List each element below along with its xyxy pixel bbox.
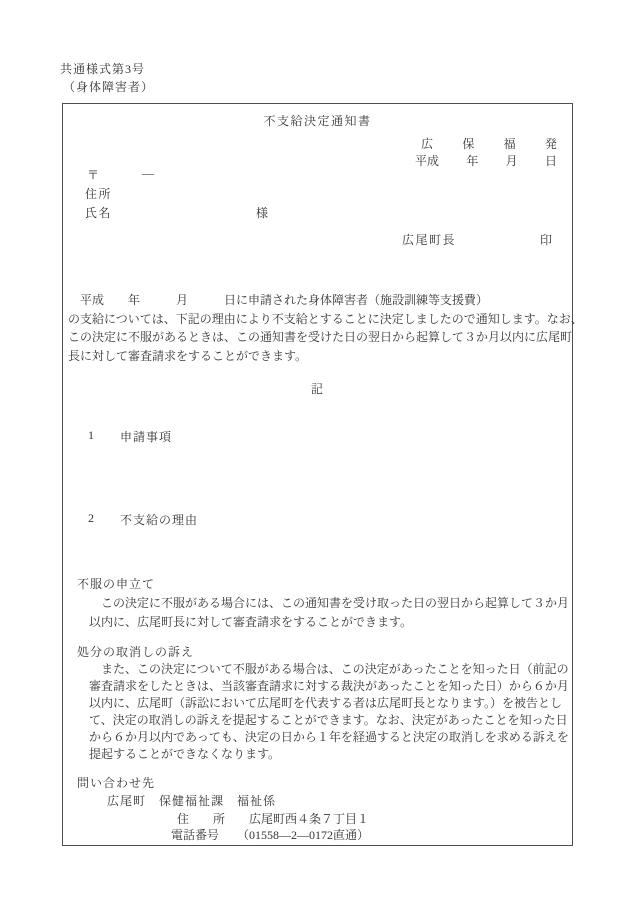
appeal-line: この決定に不服がある場合には、この通知書を受け取った日の翌日から起算して３か月: [77, 594, 569, 613]
code-char: 広: [421, 135, 433, 152]
code-char: 保: [462, 135, 474, 152]
body-line: の支給については、下記の理由により不支給とすることに決定しましたので通知します。…: [68, 310, 583, 329]
lawsuit-line: 提起することができなくなります。: [77, 746, 569, 763]
lawsuit-section-body: また、この決定について不服がある場合は、この決定があったことを知った日（前記の …: [77, 661, 569, 763]
contact-section-heading: 問い合わせ先: [77, 774, 155, 791]
document-code-line: 広 保 福 発: [421, 135, 557, 152]
lawsuit-line: て、決定の取消しの訴えを提起することができます。なお、決定があったことを知った日: [77, 712, 569, 729]
form-category: （身体障害者）: [63, 78, 154, 95]
lawsuit-line: 審査請求をしたときは、当該審査請求に対する裁決があったことを知った日）から６か月: [77, 678, 569, 695]
body-line: 平成 年 月 日に申請された身体障害者（施設訓練等支援費）: [68, 291, 583, 310]
appeal-line: 以内に、広尾町長に対して審査請求をすることができます。: [77, 613, 569, 632]
code-char: 福: [504, 135, 516, 152]
item-number: 1: [88, 428, 94, 443]
contact-office: 広尾町 保健福祉課 福祉係: [107, 792, 276, 809]
body-paragraph: 平成 年 月 日に申請された身体障害者（施設訓練等支援費） の支給については、下…: [68, 291, 583, 365]
contact-phone: 電話番号 （01558―2―0172直通）: [171, 826, 369, 843]
document-title: 不支給決定通知書: [63, 112, 572, 129]
code-char: 発: [545, 135, 557, 152]
record-marker: 記: [63, 380, 572, 397]
list-item-application: 1 申請事項: [63, 428, 572, 444]
issuer-name: 広尾町長: [402, 231, 456, 248]
lawsuit-section-heading: 処分の取消しの訴え: [77, 643, 194, 660]
document-page: 共通様式第3号 （身体障害者） 不支給決定通知書 広 保 福 発 平成 年 月 …: [0, 0, 630, 915]
address-label: 住所: [85, 185, 112, 202]
postal-code-mark: 〒: [87, 166, 99, 183]
month-label: 月: [506, 152, 518, 169]
year-label: 年: [466, 152, 478, 169]
lawsuit-line: 以内に、広尾町（訴訟において広尾町を代表する者は広尾町長となります。）を被告とし: [77, 695, 569, 712]
body-line: 長に対して審査請求をすることができます。: [68, 347, 583, 366]
seal-mark: 印: [540, 231, 552, 248]
lawsuit-line: から６か月以内であっても、決定の日から１年を経過すると決定の取消しを求める訴えを: [77, 729, 569, 746]
appeal-section-heading: 不服の申立て: [77, 575, 155, 592]
honorific-label: 様: [256, 204, 268, 221]
lawsuit-line: また、この決定について不服がある場合は、この決定があったことを知った日（前記の: [77, 661, 569, 678]
contact-address: 住 所 広尾町西４条７丁目１: [177, 810, 369, 827]
item-label: 不支給の理由: [120, 511, 198, 528]
era-label: 平成: [415, 152, 439, 169]
postal-code-dash: ―: [142, 166, 154, 181]
issue-date-line: 平成 年 月 日: [415, 152, 557, 169]
notice-box: 不支給決定通知書 広 保 福 発 平成 年 月 日 〒 ― 住所 氏名 様 広尾…: [62, 103, 573, 846]
body-line: この決定に不服があるときは、この通知書を受けた日の翌日から起算して３か月以内に広…: [68, 328, 583, 347]
appeal-section-body: この決定に不服がある場合には、この通知書を受け取った日の翌日から起算して３か月 …: [77, 594, 569, 631]
list-item-reason: 2 不支給の理由: [63, 511, 572, 527]
name-label: 氏名: [85, 204, 112, 221]
form-number: 共通様式第3号: [60, 60, 145, 77]
day-label: 日: [545, 152, 557, 169]
item-label: 申請事項: [120, 428, 172, 445]
item-number: 2: [88, 511, 94, 526]
